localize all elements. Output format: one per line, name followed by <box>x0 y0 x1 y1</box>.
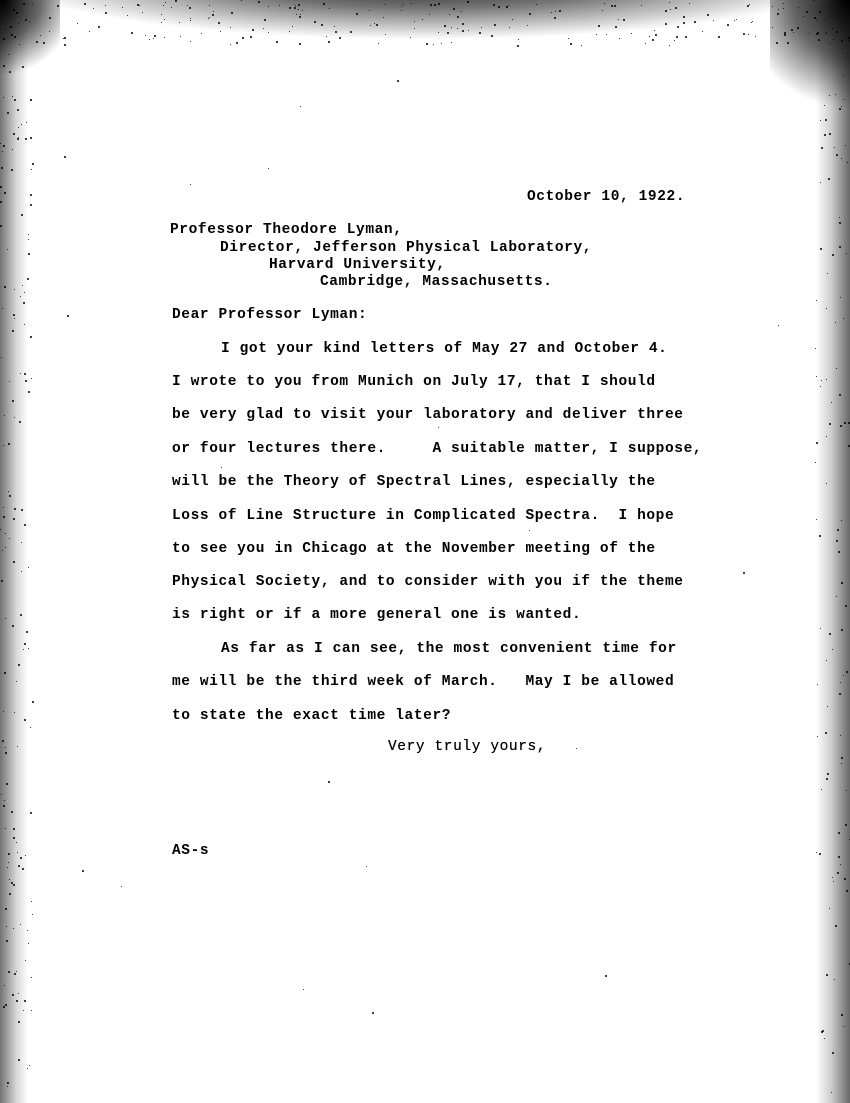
recipient-name: Professor Theodore Lyman, <box>170 221 403 239</box>
body-line: me will be the third week of March. May … <box>172 673 674 691</box>
recipient-city: Cambridge, Massachusetts. <box>320 273 553 291</box>
body-line: Loss of Line Structure in Complicated Sp… <box>172 507 674 525</box>
body-line: be very glad to visit your laboratory an… <box>172 406 684 424</box>
body-line: to state the exact time later? <box>172 707 451 725</box>
body-line: Physical Society, and to consider with y… <box>172 573 684 591</box>
body-line: or four lectures there. A suitable matte… <box>172 440 702 458</box>
letter-page: October 10, 1922. Professor Theodore Lym… <box>0 0 850 1103</box>
body-line: I got your kind letters of May 27 and Oc… <box>221 340 667 358</box>
letter-date: October 10, 1922. <box>527 188 685 206</box>
body-line: I wrote to you from Munich on July 17, t… <box>172 373 656 391</box>
body-line: is right or if a more general one is wan… <box>172 606 581 624</box>
body-line: to see you in Chicago at the November me… <box>172 540 656 558</box>
reference-initials: AS-s <box>172 842 209 860</box>
recipient-institution: Harvard University, <box>269 256 446 274</box>
recipient-title: Director, Jefferson Physical Laboratory, <box>220 239 592 257</box>
closing: Very truly yours, <box>388 738 546 756</box>
body-line: will be the Theory of Spectral Lines, es… <box>172 473 656 491</box>
salutation: Dear Professor Lyman: <box>172 306 367 324</box>
body-line: As far as I can see, the most convenient… <box>221 640 677 658</box>
